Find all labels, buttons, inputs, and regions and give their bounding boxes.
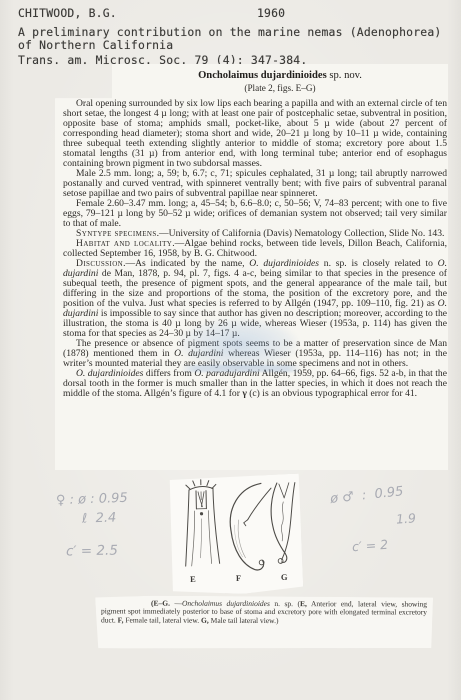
body-paragraph: Discussion.—As indicated by the name, O.… xyxy=(63,259,447,339)
species-suffix: sp. nov. xyxy=(327,70,362,81)
text-segment: Female 2.60–3.47 mm. long; a, 45–54; b, … xyxy=(63,198,447,229)
body-paragraph: O. dujardinioides differs from O. paradu… xyxy=(63,369,447,399)
pencil-note-male-cprime: c′ = 2 xyxy=(352,537,389,554)
drawing-anterior-end xyxy=(184,479,220,566)
text-segment: G, xyxy=(201,616,209,625)
species-name: Oncholaimus dujardinioides xyxy=(198,70,327,81)
scanned-literature-card: CHITWOOD, B.G. 1960 A preliminary contri… xyxy=(0,0,461,700)
body-paragraph: Habitat and locality.—Algae behind rocks… xyxy=(63,239,447,259)
typed-title-line2: of Northern California xyxy=(18,38,173,52)
printed-excerpt-clipping: Oncholaimus dujardinioides sp. nov. (Pla… xyxy=(55,64,448,470)
figure-plate-clipping: E F G xyxy=(168,474,304,596)
article-subtitle: (Plate 2, figs. E–G) xyxy=(112,83,448,93)
figure-label-f: F xyxy=(236,573,241,583)
text-segment: is impossible to say since that author h… xyxy=(63,308,447,339)
text-segment: (c) is an obvious typographical error fo… xyxy=(247,388,417,399)
typed-author: CHITWOOD, B.G. xyxy=(18,6,117,20)
pencil-note-male-diameter: ø ♂ : 0.95 xyxy=(329,484,404,507)
body-paragraph: Male 2.5 mm. long; a, 59; b, 6.7; c, 71;… xyxy=(63,169,447,199)
body-paragraph: Female 2.60–3.47 mm. long; a, 45–54; b, … xyxy=(63,199,447,229)
text-segment: Oral opening surrounded by six low lips … xyxy=(63,99,447,169)
pencil-note-female-diameter: ♀ : ø : 0.95 xyxy=(56,491,128,508)
text-segment: Male 2.5 mm. long; a, 59; b, 6.7; c, 71;… xyxy=(63,168,447,199)
body-paragraph: The presence or absence of pigment spots… xyxy=(63,339,447,369)
text-segment: Female tail, lateral view. xyxy=(123,615,201,624)
pencil-note-female-length: ℓ 2.4 xyxy=(82,510,117,526)
figure-label-e: E xyxy=(190,574,196,584)
article-title: Oncholaimus dujardinioides sp. nov. xyxy=(112,70,448,81)
typed-title-line1: A preliminary contribution on the marine… xyxy=(18,25,441,39)
pencil-note-male-length: 1.9 xyxy=(396,510,417,526)
figure-label-g: G xyxy=(281,572,288,582)
body-paragraph: Oral opening surrounded by six low lips … xyxy=(63,99,447,169)
figure-caption: (E–G. —Oncholaimus dujardinioides n. sp.… xyxy=(101,599,427,625)
drawing-male-tail xyxy=(270,483,296,564)
text-segment: Male tail lateral view.) xyxy=(209,616,279,625)
pencil-note-female-cprime: c′ = 2.5 xyxy=(66,543,118,560)
text-segment: de Man, 1878, p. 94, pl. 7, figs. 4 a-c,… xyxy=(63,268,447,309)
article-body: Oral opening surrounded by six low lips … xyxy=(63,99,447,468)
typed-year: 1960 xyxy=(257,6,285,20)
figure-caption-clipping: (E–G. —Oncholaimus dujardinioides n. sp.… xyxy=(95,595,433,649)
drawing-female-tail xyxy=(229,483,272,570)
